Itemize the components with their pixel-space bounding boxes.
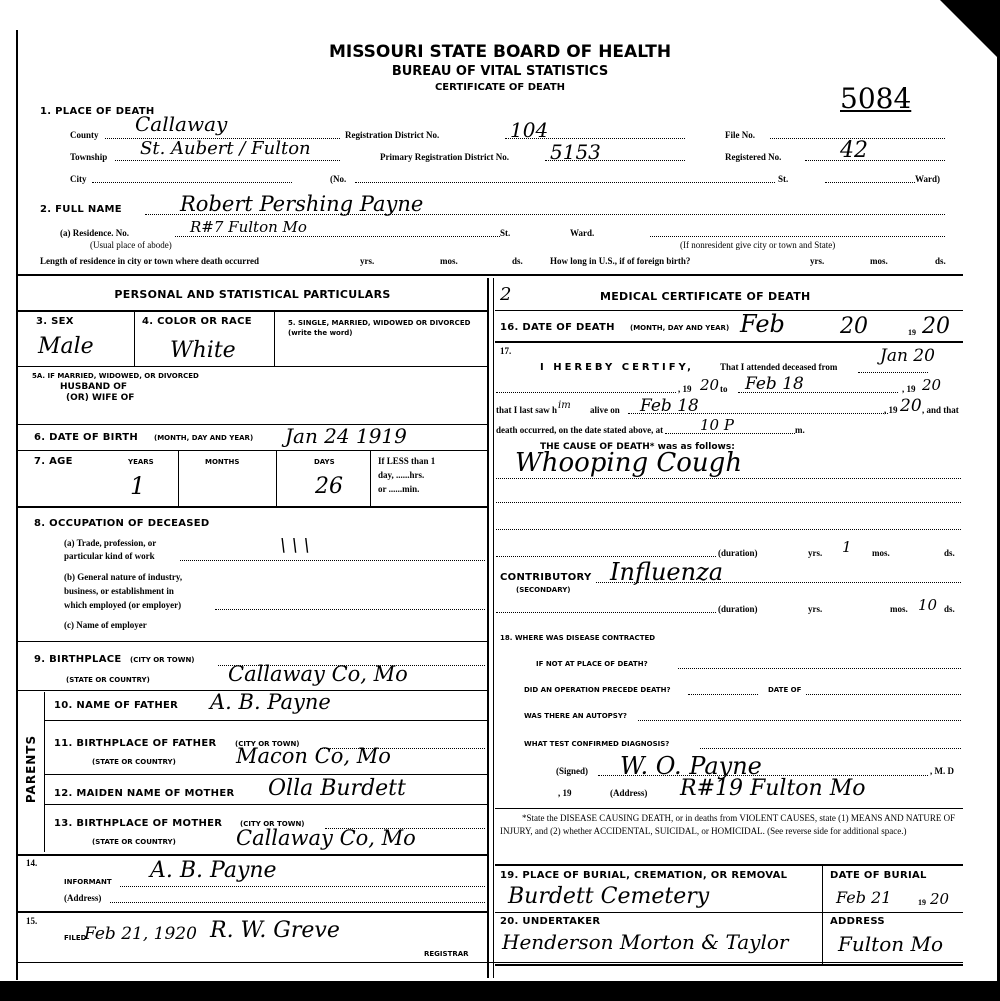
us-residence-label: How long in U.S., if of foreign birth? <box>550 256 690 266</box>
attended-to-value: Feb 18 <box>745 374 804 394</box>
occupation-b-line2: business, or establishment in <box>64 586 174 596</box>
occupation-a-value: \ \ \ <box>280 535 310 556</box>
cause-line-3 <box>496 529 961 530</box>
informant-label: INFORMANT <box>64 878 112 886</box>
filed-number: 15. <box>26 916 37 926</box>
birthplace-value: Callaway Co, Mo <box>228 662 408 686</box>
father-birthplace-value: Macon Co, Mo <box>236 744 391 768</box>
medical-corner-mark: 2 <box>500 284 511 305</box>
attended-from-value: Jan 20 <box>880 346 935 366</box>
occupation-b-line <box>215 609 485 610</box>
autopsy-label: WAS THERE AN AUTOPSY? <box>524 712 627 720</box>
divider <box>274 310 275 366</box>
registered-no-value: 42 <box>840 138 868 163</box>
divider <box>495 341 963 343</box>
certify-heading: I HEREBY CERTIFY, <box>540 362 694 373</box>
race-label: 4. COLOR OR RACE <box>142 316 252 327</box>
months-label: MONTHS <box>205 458 239 466</box>
usual-place-note: (Usual place of abode) <box>90 240 172 250</box>
birthplace-sublabel: (CITY OR TOWN) <box>130 656 195 664</box>
death-time-value: 10 P <box>700 416 734 434</box>
undertaker-value: Henderson Morton & Taylor <box>502 930 788 954</box>
divider <box>18 854 487 856</box>
divider <box>178 450 179 506</box>
less-than-label-3: or ......min. <box>378 484 419 494</box>
and-that-label: , and that <box>922 405 959 415</box>
primary-registration-label: Primary Registration District No. <box>380 152 509 162</box>
divider <box>495 808 963 809</box>
primary-registration-value: 5153 <box>550 140 601 164</box>
years-label: YEARS <box>128 458 154 466</box>
last-saw-pronoun: im <box>558 400 571 411</box>
full-name-value: Robert Pershing Payne <box>180 192 423 216</box>
registrar-signature: R. W. Greve <box>210 918 340 943</box>
divider <box>822 866 823 966</box>
city-line <box>92 182 292 183</box>
city-label: City <box>70 174 87 184</box>
duration-mos-value: 1 <box>842 538 852 556</box>
residence-st-label: St. <box>500 228 510 238</box>
physician-address-label: (Address) <box>610 788 647 798</box>
father-name-label: 10. NAME OF FATHER <box>54 700 178 711</box>
to-year-prefix: , 19 <box>902 384 916 394</box>
length-mos: mos. <box>440 256 458 266</box>
residence-line <box>175 236 500 237</box>
parents-side-label: PARENTS <box>24 734 38 804</box>
test-confirmed-line <box>700 748 961 749</box>
test-confirmed-label: WHAT TEST CONFIRMED DIAGNOSIS? <box>524 740 669 748</box>
sex-label: 3. SEX <box>36 316 74 327</box>
contrib-duration-mos: mos. <box>890 604 908 614</box>
to-year-value: 20 <box>922 376 941 394</box>
parents-divider <box>44 692 45 852</box>
occupation-c-label: (c) Name of employer <box>64 620 147 630</box>
dod-sublabel: (MONTH, DAY AND YEAR) <box>630 324 729 332</box>
spouse-label-2: HUSBAND OF <box>60 382 127 392</box>
undertaker-label: 20. UNDERTAKER <box>500 916 600 927</box>
ward-line <box>825 182 915 183</box>
board-title: MISSOURI STATE BOARD OF HEALTH <box>0 42 1000 62</box>
from-date-line <box>496 392 676 393</box>
certify-text: That I attended deceased from <box>720 362 837 372</box>
dob-label: 6. DATE OF BIRTH <box>34 432 138 443</box>
divider <box>134 310 135 366</box>
if-not-line <box>678 668 961 669</box>
less-than-label-2: day, ......hrs. <box>378 470 424 480</box>
contrib-duration-label: (duration) <box>718 604 758 614</box>
column-divider-inner <box>493 278 494 978</box>
divider <box>495 964 963 966</box>
left-border <box>16 30 18 980</box>
registered-no-line <box>805 160 945 161</box>
us-yrs: yrs. <box>810 256 824 266</box>
duration-line <box>496 556 716 557</box>
footnote: *State the DISEASE CAUSING DEATH, or in … <box>500 812 960 838</box>
burial-place-label: 19. PLACE OF BURIAL, CREMATION, OR REMOV… <box>500 870 787 881</box>
dod-year-prefix: 19 <box>908 328 916 337</box>
where-contracted-label: 18. WHERE WAS DISEASE CONTRACTED <box>500 634 655 642</box>
registrar-label: REGISTRAR <box>424 950 469 958</box>
occupation-a-line <box>180 560 485 561</box>
personal-section-title: PERSONAL AND STATISTICAL PARTICULARS <box>18 288 487 301</box>
residence-ward-label: Ward. <box>570 228 594 238</box>
undertaker-address-value: Fulton Mo <box>838 932 943 956</box>
race-value: White <box>170 338 236 363</box>
to-label: to <box>720 384 728 394</box>
occupation-a-line1: (a) Trade, profession, or <box>64 538 156 548</box>
mother-birthplace-state-label: (STATE OR COUNTRY) <box>92 838 176 846</box>
cause-of-death-value: Whooping Cough <box>515 448 742 478</box>
township-value: St. Aubert / Fulton <box>140 138 311 159</box>
duration-mos: mos. <box>872 548 890 558</box>
age-label: 7. AGE <box>34 456 73 467</box>
county-value: Callaway <box>135 112 227 136</box>
contrib-duration-yrs: yrs. <box>808 604 822 614</box>
mother-birthplace-value: Callaway Co, Mo <box>236 826 416 850</box>
occupation-b-line3: which employed (or employer) <box>64 600 181 610</box>
spouse-label-3: (OR) WIFE OF <box>66 393 134 403</box>
registration-district-value: 104 <box>510 118 548 142</box>
ward-label: Ward) <box>915 174 940 184</box>
marital-status-label: 5. SINGLE, MARRIED, WIDOWED OR DIVORCED … <box>288 318 478 338</box>
from-year-prefix: , 19 <box>678 384 692 394</box>
dob-sublabel: (MONTH, DAY AND YEAR) <box>154 434 253 442</box>
dob-value: Jan 24 1919 <box>285 424 407 448</box>
duration-ds: ds. <box>944 548 955 558</box>
from-year-value: 20 <box>700 376 719 394</box>
informant-number: 14. <box>26 858 37 868</box>
less-than-label-1: If LESS than 1 <box>378 456 435 466</box>
signed-year-label: , 19 <box>558 788 572 798</box>
last-saw-year-prefix: , 19 <box>884 405 898 415</box>
township-line <box>115 160 340 161</box>
contributory-label: CONTRIBUTORY <box>500 572 592 583</box>
us-mos: mos. <box>870 256 888 266</box>
death-occurred-label: death occurred, on the date stated above… <box>496 425 663 435</box>
divider <box>18 911 487 913</box>
length-of-residence-label: Length of residence in city or town wher… <box>40 256 259 266</box>
father-name-value: A. B. Payne <box>210 690 331 714</box>
divider <box>44 720 487 721</box>
occupation-a-line2: particular kind of work <box>64 551 155 561</box>
alive-on-label: alive on <box>590 405 620 415</box>
dod-day: 20 <box>840 314 868 339</box>
divider <box>495 310 963 311</box>
certificate-number: 5084 <box>840 82 911 115</box>
informant-address-line <box>110 902 485 903</box>
dod-year: 20 <box>922 314 950 339</box>
registration-district-label: Registration District No. <box>345 130 439 140</box>
signed-label: (Signed) <box>556 766 588 776</box>
mother-birthplace-label: 13. BIRTHPLACE OF MOTHER <box>54 818 222 829</box>
nonresident-line <box>650 236 945 237</box>
item-17-number: 17. <box>500 346 511 356</box>
md-label: , M. D <box>930 766 954 776</box>
street-line <box>355 182 775 183</box>
burial-date-value: Feb 21 <box>836 888 891 907</box>
operation-label: DID AN OPERATION PRECEDE DEATH? <box>524 686 671 694</box>
operation-date-label: DATE OF <box>768 686 801 694</box>
divider <box>495 912 963 913</box>
cause-line-2 <box>496 502 961 503</box>
contrib-duration-ds-value: 10 <box>918 596 937 614</box>
column-divider <box>487 278 489 978</box>
divider <box>44 774 487 775</box>
birthplace-label: 9. BIRTHPLACE <box>34 654 122 665</box>
burial-year: 20 <box>930 890 949 908</box>
if-not-at-place-label: IF NOT AT PLACE OF DEATH? <box>536 660 648 668</box>
last-saw-label: that I last saw h <box>496 405 557 415</box>
days-value: 26 <box>315 474 343 499</box>
days-label: DAYS <box>314 458 335 466</box>
scan-bottom-artifact <box>0 981 1000 1001</box>
years-value: 1 <box>130 472 145 500</box>
spouse-label-1: 5A. IF MARRIED, WIDOWED, OR DIVORCED <box>32 372 199 380</box>
contrib-duration-ds: ds. <box>944 604 955 614</box>
divider <box>495 864 963 866</box>
dod-label: 16. DATE OF DEATH <box>500 322 615 333</box>
attended-from-line <box>858 372 928 373</box>
full-name-label: 2. FULL NAME <box>40 204 122 215</box>
township-label: Township <box>70 152 107 162</box>
filed-date-value: Feb 21, 1920 <box>84 924 197 944</box>
divider <box>18 506 487 508</box>
contributory-sublabel: (SECONDARY) <box>516 586 570 594</box>
undertaker-address-label: ADDRESS <box>830 916 885 927</box>
divider <box>18 450 487 451</box>
registered-no-label: Registered No. <box>725 152 781 162</box>
burial-place-value: Burdett Cemetery <box>508 884 709 909</box>
residence-value: R#7 Fulton Mo <box>190 218 307 236</box>
divider <box>370 450 371 506</box>
informant-line <box>120 886 485 887</box>
contributory-value: Influenza <box>610 558 723 586</box>
divider <box>18 274 963 276</box>
father-birthplace-state-label: (STATE OR COUNTRY) <box>92 758 176 766</box>
contrib-duration-line <box>496 612 716 613</box>
occupation-b-line1: (b) General nature of industry, <box>64 572 182 582</box>
residence-label: (a) Residence. No. <box>60 228 129 238</box>
last-saw-year: 20 <box>900 396 922 416</box>
divider <box>18 641 487 642</box>
operation-date-line <box>806 694 961 695</box>
occupation-label: 8. OCCUPATION OF DECEASED <box>34 518 210 529</box>
divider <box>18 366 487 367</box>
divider <box>44 804 487 805</box>
us-ds: ds. <box>935 256 946 266</box>
divider <box>276 450 277 506</box>
sex-value: Male <box>38 334 94 359</box>
informant-address-label: (Address) <box>64 893 101 903</box>
city-no-label: (No. <box>330 174 346 184</box>
physician-address-value: R#19 Fulton Mo <box>680 776 865 801</box>
cause-line-1 <box>496 478 961 479</box>
father-birthplace-label: 11. BIRTHPLACE OF FATHER <box>54 738 216 749</box>
length-yrs: yrs. <box>360 256 374 266</box>
m-label: m. <box>795 425 805 435</box>
file-no-label: File No. <box>725 130 755 140</box>
last-saw-date: Feb 18 <box>640 396 699 416</box>
bureau-subtitle: BUREAU OF VITAL STATISTICS <box>0 64 1000 79</box>
county-label: County <box>70 130 99 140</box>
divider <box>18 310 487 312</box>
birthplace-state-label: (STATE OR COUNTRY) <box>66 676 150 684</box>
nonresident-note: (If nonresident give city or town and St… <box>680 240 835 250</box>
mother-maiden-value: Olla Burdett <box>268 776 406 801</box>
autopsy-line <box>638 720 961 721</box>
length-ds: ds. <box>512 256 523 266</box>
burial-date-label: DATE OF BURIAL <box>830 870 927 881</box>
medical-section-title: MEDICAL CERTIFICATE OF DEATH <box>600 290 811 303</box>
operation-line <box>688 694 758 695</box>
duration-label: (duration) <box>718 548 758 558</box>
mother-maiden-label: 12. MAIDEN NAME OF MOTHER <box>54 788 234 799</box>
dod-month: Feb <box>740 310 785 338</box>
divider <box>18 424 487 425</box>
burial-year-prefix: 19 <box>918 898 926 907</box>
street-label: St. <box>778 174 788 184</box>
informant-value: A. B. Payne <box>150 858 277 883</box>
duration-yrs: yrs. <box>808 548 822 558</box>
